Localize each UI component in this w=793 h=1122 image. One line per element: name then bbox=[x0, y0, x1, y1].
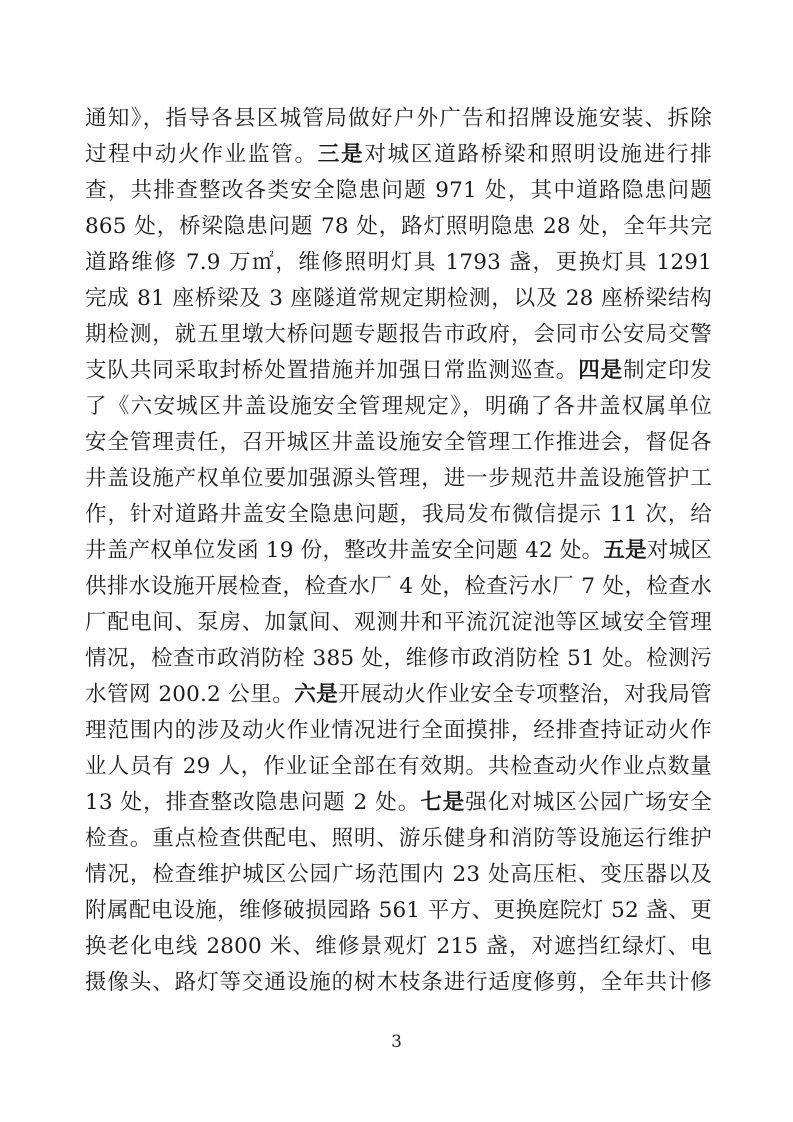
emphasis-text-segment: 三是 bbox=[318, 142, 365, 167]
text-line: 通知》，指导各县区城管局做好户外广告和招牌设施安装、拆除 bbox=[85, 101, 712, 137]
text-segment: 井盖产权单位发函 19 份，整改井盖安全问题 42 处。 bbox=[85, 538, 603, 563]
text-segment: 完成 81 座桥梁及 3 座隧道常规定期检测，以及 28 座桥梁结构定 bbox=[85, 286, 712, 317]
text-segment: 对城区 bbox=[647, 538, 712, 563]
text-segment: 制定印发 bbox=[623, 358, 712, 383]
text-segment: 业人员有 29 人，作业证全部在有效期。共检查动火作业点数量 bbox=[85, 754, 712, 779]
text-segment: 理范围内的涉及动火作业情况进行全面摸排，经排查持证动火作 bbox=[85, 718, 712, 743]
text-line: 厂配电间、泵房、加氯间、观测井和平流沉淀池等区域安全管理 bbox=[85, 605, 712, 641]
text-segment: 强化对城区公园广场安全 bbox=[465, 790, 712, 815]
text-segment: 换老化电线 2800 米、维修景观灯 215 盏，对遮挡红绿灯、电警、 bbox=[85, 934, 712, 965]
text-line: 作，针对道路井盖安全隐患问题，我局发布微信提示 11 次，给 bbox=[85, 497, 712, 533]
document-page: 通知》，指导各县区城管局做好户外广告和招牌设施安装、拆除过程中动火作业监管。三是… bbox=[0, 0, 793, 1122]
text-line: 供排水设施开展检查，检查水厂 4 处，检查污水厂 7 处，检查水 bbox=[85, 569, 712, 605]
emphasis-text-segment: 七是 bbox=[420, 790, 465, 815]
text-line: 换老化电线 2800 米、维修景观灯 215 盏，对遮挡红绿灯、电警、 bbox=[85, 929, 712, 965]
text-line: 道路维修 7.9 万㎡，维修照明灯具 1793 盏，更换灯具 1291 盏， bbox=[85, 245, 712, 281]
text-line: 13 处，排查整改隐患问题 2 处。七是强化对城区公园广场安全 bbox=[85, 785, 712, 821]
emphasis-text-segment: 五是 bbox=[603, 538, 646, 563]
text-line: 完成 81 座桥梁及 3 座隧道常规定期检测，以及 28 座桥梁结构定 bbox=[85, 281, 712, 317]
text-segment: 附属配电设施，维修破损园路 561 平方、更换庭院灯 52 盏、更 bbox=[85, 898, 712, 923]
text-line: 检查。重点检查供配电、照明、游乐健身和消防等设施运行维护 bbox=[85, 821, 712, 857]
text-line: 理范围内的涉及动火作业情况进行全面摸排，经排查持证动火作 bbox=[85, 713, 712, 749]
text-segment: 开展动火作业安全专项整治，对我局管 bbox=[338, 682, 712, 707]
text-segment: 13 处，排查整改隐患问题 2 处。 bbox=[85, 790, 420, 815]
text-segment: 支队共同采取封桥处置措施并加强日常监测巡查。 bbox=[85, 358, 578, 383]
text-segment: 通知》，指导各县区城管局做好户外广告和招牌设施安装、拆除 bbox=[85, 106, 712, 131]
text-segment: 安全管理责任，召开城区井盖设施安全管理工作推进会，督促各 bbox=[85, 430, 712, 455]
text-line: 865 处，桥梁隐患问题 78 处，路灯照明隐患 28 处，全年共完成 bbox=[85, 209, 712, 245]
text-segment: 摄像头、路灯等交通设施的树木枝条进行适度修剪，全年共计修 bbox=[85, 970, 712, 995]
text-line: 了《六安城区井盖设施安全管理规定》，明确了各井盖权属单位 bbox=[85, 389, 712, 425]
page-number: 3 bbox=[0, 1032, 793, 1052]
text-segment: 期检测，就五里墩大桥问题专题报告市政府，会同市公安局交警 bbox=[85, 322, 712, 347]
text-segment: 检查。重点检查供配电、照明、游乐健身和消防等设施运行维护 bbox=[85, 826, 712, 851]
text-line: 业人员有 29 人，作业证全部在有效期。共检查动火作业点数量 bbox=[85, 749, 712, 785]
text-line: 附属配电设施，维修破损园路 561 平方、更换庭院灯 52 盏、更 bbox=[85, 893, 712, 929]
text-line: 查，共排查整改各类安全隐患问题 971 处，其中道路隐患问题 bbox=[85, 173, 712, 209]
text-segment: 查，共排查整改各类安全隐患问题 971 处，其中道路隐患问题 bbox=[85, 178, 712, 203]
text-line: 期检测，就五里墩大桥问题专题报告市政府，会同市公安局交警 bbox=[85, 317, 712, 353]
emphasis-text-segment: 四是 bbox=[578, 358, 623, 383]
text-segment: 作，针对道路井盖安全隐患问题，我局发布微信提示 11 次，给 bbox=[85, 502, 712, 527]
text-segment: 了《六安城区井盖设施安全管理规定》，明确了各井盖权属单位 bbox=[85, 394, 712, 419]
emphasis-text-segment: 六是 bbox=[294, 682, 338, 707]
text-line: 过程中动火作业监管。三是对城区道路桥梁和照明设施进行排 bbox=[85, 137, 712, 173]
text-segment: 过程中动火作业监管。 bbox=[85, 142, 318, 167]
text-line: 情况，检查市政消防栓 385 处，维修市政消防栓 51 处。检测污 bbox=[85, 641, 712, 677]
text-segment: 情况，检查维护城区公园广场范围内 23 处高压柜、变压器以及 bbox=[85, 862, 712, 887]
text-segment: 对城区道路桥梁和照明设施进行排 bbox=[364, 142, 712, 167]
text-segment: 井盖设施产权单位要加强源头管理，进一步规范井盖设施管护工 bbox=[85, 466, 712, 491]
text-segment: 道路维修 7.9 万㎡，维修照明灯具 1793 盏，更换灯具 1291 盏， bbox=[85, 250, 712, 281]
text-segment: 水管网 200.2 公里。 bbox=[85, 682, 294, 707]
text-segment: 厂配电间、泵房、加氯间、观测井和平流沉淀池等区域安全管理 bbox=[85, 610, 712, 635]
page-text: 通知》，指导各县区城管局做好户外广告和招牌设施安装、拆除过程中动火作业监管。三是… bbox=[85, 101, 712, 1001]
text-line: 水管网 200.2 公里。六是开展动火作业安全专项整治，对我局管 bbox=[85, 677, 712, 713]
text-segment: 865 处，桥梁隐患问题 78 处，路灯照明隐患 28 处，全年共完成 bbox=[85, 214, 712, 245]
text-line: 井盖设施产权单位要加强源头管理，进一步规范井盖设施管护工 bbox=[85, 461, 712, 497]
text-line: 摄像头、路灯等交通设施的树木枝条进行适度修剪，全年共计修 bbox=[85, 965, 712, 1001]
text-line: 支队共同采取封桥处置措施并加强日常监测巡查。四是制定印发 bbox=[85, 353, 712, 389]
text-segment: 情况，检查市政消防栓 385 处，维修市政消防栓 51 处。检测污 bbox=[85, 646, 712, 671]
text-segment: 供排水设施开展检查，检查水厂 4 处，检查污水厂 7 处，检查水 bbox=[85, 574, 712, 599]
text-line: 安全管理责任，召开城区井盖设施安全管理工作推进会，督促各 bbox=[85, 425, 712, 461]
text-line: 井盖产权单位发函 19 份，整改井盖安全问题 42 处。五是对城区 bbox=[85, 533, 712, 569]
text-line: 情况，检查维护城区公园广场范围内 23 处高压柜、变压器以及 bbox=[85, 857, 712, 893]
